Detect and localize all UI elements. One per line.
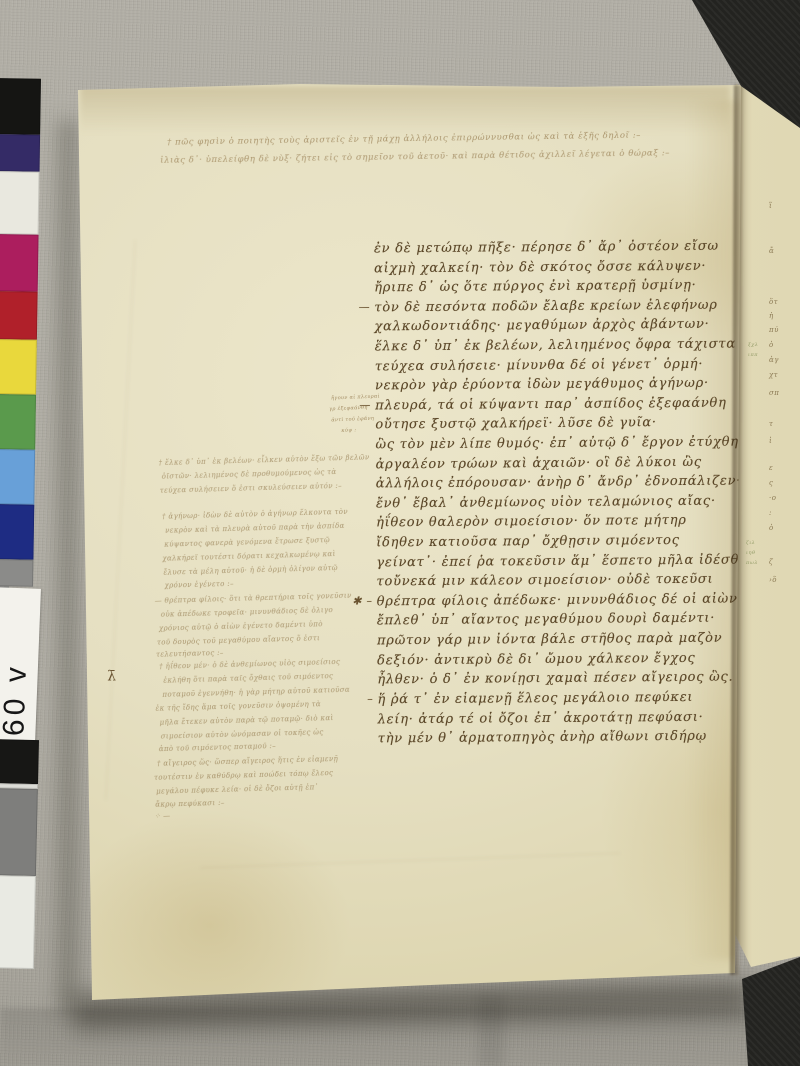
gray-chip — [0, 788, 38, 876]
text-fragment: ξχλ — [748, 342, 758, 348]
marginal-critical-mark: ✱ – — [351, 594, 373, 607]
iliad-verse-text: γείνατ᾽· ἐπεί ῥα τοκεῦσιν ἅμ᾽ ἕσπετο μῆλ… — [376, 552, 759, 570]
scholion-line: χαλκήρεϊ τουτέστι δόρατι κεχαλκωμένῳ καὶ — [162, 550, 335, 563]
scholion-line: ἐκλήθη ὅτι παρὰ ταῖς ὄχθαις τοῦ σιμόεντο… — [163, 672, 333, 685]
iliad-verse-text: πλευρά, τά οἱ κύψαντι παρ᾽ ἀσπίδος ἐξεφα… — [375, 396, 727, 414]
grayscale-calibration-bar — [0, 739, 39, 969]
iliad-verse-text: ἔνθ᾽ ἔβαλ᾽ ἀνθεμίωνος υἱὸν τελαμώνιος αἴ… — [376, 494, 716, 512]
magenta-chip — [0, 234, 39, 292]
text-fragment: ιηθ — [746, 550, 755, 556]
iliad-text-line: τὴν μέν θ᾽ ἁρματοπηγὸς ἀνὴρ αἴθωνι σιδήρ… — [378, 729, 707, 747]
scholion-line: ἄκρῳ πεφύκασι :– — [155, 799, 225, 809]
iliad-verse-text: ἕλκε δ᾽ ὑπ᾽ ἐκ βελέων, λελιημένος ὄφρα τ… — [375, 337, 736, 355]
iliad-verse-text: ἔπλεθ᾽ ὑπ᾽ αἴαντος μεγαθύμου δουρὶ δαμέν… — [377, 611, 715, 629]
scholion-line: κύψαντος φανερὰ γενόμενα ἔτρωσε ξυστῷ — [164, 536, 330, 548]
text-fragment: σπ — [769, 389, 779, 397]
iliad-verse-text: ἤριπε δ᾽ ὡς ὅτε πύργος ἐνὶ κρατερῇ ὑσμίν… — [374, 278, 696, 296]
scholion-line: μεγάλου πέφυκε λεία· οἱ δὲ ὄζοι αὐτῇ ἐπ᾽ — [156, 783, 318, 795]
iliad-text-line: ἦλθεν· ὁ δ᾽ ἐν κονίῃσι χαμαὶ πέσεν αἴγει… — [377, 670, 733, 688]
iliad-verse-text: νεκρὸν γὰρ ἐρύοντα ἰδὼν μεγάθυμος ἀγήνωρ… — [375, 376, 709, 394]
iliad-text-line: — τὸν δὲ πεσόντα ποδῶν ἔλαβε κρείων ἐλεφ… — [374, 298, 717, 316]
text-fragment: ιππ — [748, 352, 758, 358]
iliad-text-line: λείη· ἀτάρ τέ οἱ ὄζοι ἐπ᾽ ἀκροτάτῃ πεφύα… — [378, 710, 704, 728]
iliad-verse-text: οὔτησε ξυστῷ χαλκήρεϊ· λῦσε δὲ γυῖα· — [375, 415, 657, 432]
iliad-verse-text: λείη· ἀτάρ τέ οἱ ὄζοι ἐπ᾽ ἀκροτάτῃ πεφύα… — [378, 710, 704, 728]
iliad-text-line: αἰχμὴ χαλκείη· τὸν δὲ σκότος ὄσσε κάλυψε… — [374, 259, 706, 277]
text-fragment: ζιλ — [746, 540, 755, 546]
scholion-line: † αἴγειρος ὥς· ὥσπερ αἴγειρος ἥτις ἐν εἱ… — [157, 755, 338, 768]
iliad-verse-text: ἠΐθεον θαλερὸν σιμοείσιον· ὅν ποτε μήτηρ — [376, 513, 687, 530]
iliad-verse-text: ὣς τὸν μὲν λίπε θυμός· ἐπ᾽ αὐτῷ δ᾽ ἔργον… — [375, 435, 738, 453]
iliad-text-line: ἕλκε δ᾽ ὑπ᾽ ἐκ βελέων, λελιημένος ὄφρα τ… — [375, 337, 736, 355]
page-cast-shadow-left — [58, 120, 78, 1010]
scholion-line: — θρέπτρα φίλοις· ὅτι τὰ θρεπτήρια τοῖς … — [155, 592, 352, 605]
scholion-line: ποταμοῦ ἐγεννήθη· ἡ γὰρ μήτηρ αὐτοῦ κατι… — [162, 686, 350, 699]
iliad-text-line: ἔπλεθ᾽ ὑπ᾽ αἴαντος μεγαθύμου δουρὶ δαμέν… — [377, 611, 715, 629]
black-chip — [0, 739, 39, 784]
iliad-text-line: ἠΐθεον θαλερὸν σιμοείσιον· ὅν ποτε μήτηρ — [376, 513, 687, 530]
text-fragment: ἀγ — [769, 356, 779, 364]
scholion-line: νεκρὸν καὶ τὰ πλευρὰ αὐτοῦ παρὰ τὴν ἀσπί… — [165, 522, 345, 535]
iliad-text-line: ὣς τὸν μὲν λίπε θυμός· ἐπ᾽ αὐτῷ δ᾽ ἔργον… — [375, 435, 738, 453]
scholion-line: ἔλυσε τὰ μέλη αὐτοῦ· ἡ δὲ ὁρμὴ ὀλίγον αὐ… — [163, 564, 338, 577]
marginal-critical-mark: — — [348, 300, 370, 313]
iliad-verse-text: ἀλλήλοις ἐπόρουσαν· ἀνὴρ δ᾽ ἄνδρ᾽ ἐδνοπά… — [376, 473, 742, 491]
manuscript-photograph: ἵἄὅτἡπύὁξχλιππἀγχτσπτἰες·ο:ὁζιλιηθπωλζ›ὅ… — [0, 0, 800, 1066]
text-fragment: πωλ — [746, 560, 758, 566]
text-fragment: τ — [769, 420, 773, 428]
scholion-line: ἀπὸ τοῦ σιμόεντος ποταμοῦ :– — [159, 742, 276, 753]
scholion-line: τουτέστιν ἐν καθύδρῳ καὶ ποώδει τόπῳ ἕλε… — [154, 769, 333, 782]
iliad-verse-text: ἐν δὲ μετώπῳ πῆξε· πέρησε δ᾽ ἄρ᾽ ὀστέον … — [374, 239, 719, 257]
scholion-line: τεύχεα συλήσειεν ὅ ἐστι σκυλεύσειεν αὐτό… — [160, 482, 342, 495]
scholion-line: ὀϊστῶν· λελιημένος δὲ προθυμούμενος ὡς τ… — [162, 468, 337, 481]
gloss-line: ἀντὶ τοῦ ἐφάνη — [331, 416, 374, 424]
text-fragment: ἡ — [769, 312, 774, 320]
navy-chip — [0, 504, 34, 560]
yellow-chip — [0, 339, 37, 395]
iliad-text-line: ἀλλήλοις ἐπόρουσαν· ἀνὴρ δ᾽ ἄνδρ᾽ ἐδνοπά… — [376, 473, 742, 491]
iliad-verse-text: ἥ ῥά τ᾽ ἐν εἱαμενῇ ἕλεος μεγάλοιο πεφύκε… — [377, 690, 693, 707]
header-scholion-line: ἰλιὰς δ᾽· ὑπελείφθη δὲ νὺξ· ζήτει εἰς τὸ… — [160, 148, 670, 166]
header-scholion-line: † πῶς φησὶν ὁ ποιητὴς τοὺς ἀριστεῖς ἐν τ… — [167, 131, 641, 148]
text-fragment: ἄ — [769, 247, 774, 255]
text-fragment: ὁ — [769, 524, 774, 532]
marginal-critical-mark: – — [351, 692, 373, 705]
text-fragment: ς — [769, 479, 773, 487]
iliad-verse-text: τοὔνεκά μιν κάλεον σιμοείσιον· οὐδὲ τοκε… — [376, 572, 713, 590]
folio-number-label: 60 v — [0, 587, 41, 742]
iliad-text-line: ✱ – θρέπτρα φίλοις ἀπέδωκε· μινυνθάδιος … — [377, 592, 738, 610]
white-chip — [0, 171, 40, 235]
text-fragment: ὅτ — [769, 298, 778, 306]
manuscript-content: † πῶς φησὶν ὁ ποιητὴς τοὺς ἀριστεῖς ἐν τ… — [0, 0, 800, 1066]
iliad-verse-text: πρῶτον γάρ μιν ἰόντα βάλε στῆθος παρὰ μα… — [377, 631, 722, 649]
text-fragment: ε — [769, 464, 773, 472]
iliad-text-line: χαλκωδοντιάδης· μεγαθύμων ἀρχὸς ἀβάντων· — [374, 317, 709, 335]
text-fragment: ›ὅ — [769, 576, 777, 584]
iliad-verse-text: ἦλθεν· ὁ δ᾽ ἐν κονίῃσι χαμαὶ πέσεν αἴγει… — [377, 670, 733, 688]
text-fragment: ·ο — [769, 494, 776, 502]
parchment-page: † πῶς φησὶν ὁ ποιητὴς τοὺς ἀριστεῖς ἐν τ… — [0, 0, 800, 1066]
scholion-line: μῆλα ἔτεκεν αὐτὸν παρὰ τῷ ποταμῷ· διὸ κα… — [160, 714, 334, 727]
text-fragment: πύ — [769, 326, 779, 334]
light-blue-chip — [0, 449, 35, 505]
text-fragment: ζ — [769, 558, 773, 566]
scholion-line: ⁘ — — [154, 812, 170, 820]
iliad-verse-text: αἰχμὴ χαλκείη· τὸν δὲ σκότος ὄσσε κάλυψε… — [374, 259, 706, 277]
iliad-text-line: τοὔνεκά μιν κάλεον σιμοείσιον· οὐδὲ τοκε… — [376, 572, 713, 590]
iliad-verse-text: τὴν μέν θ᾽ ἁρματοπηγὸς ἀνὴρ αἴθωνι σιδήρ… — [378, 729, 707, 747]
red-chip — [0, 291, 38, 340]
white-chip — [0, 875, 36, 969]
iliad-text-line: — πλευρά, τά οἱ κύψαντι παρ᾽ ἀσπίδος ἐξε… — [375, 396, 727, 414]
scholion-line: χρόνον ἐγένετο :– — [164, 580, 234, 590]
iliad-verse-text: τὸν δὲ πεσόντα ποδῶν ἔλαβε κρείων ἐλεφήν… — [374, 298, 717, 316]
iliad-text-line: ἀργαλέον τρώων καὶ ἀχαιῶν· οἳ δὲ λύκοι ὣ… — [376, 455, 702, 473]
iliad-text-line: γείνατ᾽· ἐπεί ῥα τοκεῦσιν ἅμ᾽ ἕσπετο μῆλ… — [376, 552, 759, 570]
iliad-text-line: ἐν δὲ μετώπῳ πῆξε· πέρησε δ᾽ ἄρ᾽ ὀστέον … — [374, 239, 719, 257]
iliad-text-line: ἴδηθεν κατιοῦσα παρ᾽ ὄχθῃσιν σιμόεντος — [376, 533, 680, 550]
folio-number-text: 60 v — [0, 595, 37, 736]
scholion-line: † ἕλκε δ᾽ ὑπ᾽ ἐκ βελέων· εἷλκεν αὐτὸν ἔξ… — [158, 453, 369, 467]
gloss-line: ἤγουν αἱ πλευραὶ — [331, 393, 380, 401]
scholion-line: οὐκ ἀπέδωκε τροφεῖα· μινυνθάδιος δὲ ὀλιγ… — [161, 606, 333, 619]
iliad-verse-text: θρέπτρα φίλοις ἀπέδωκε· μινυνθάδιος δέ ο… — [377, 592, 738, 610]
iliad-text-line: πρῶτον γάρ μιν ἰόντα βάλε στῆθος παρὰ μα… — [377, 631, 722, 649]
indigo-chip — [0, 134, 40, 172]
iliad-text-line: δεξιόν· ἀντικρὺ δὲ δι᾽ ὤμου χάλκεον ἔγχο… — [377, 651, 695, 669]
text-fragment: ἰ — [769, 437, 772, 445]
scholion-line: τοῦ δουρὸς τοῦ μεγαθύμου αἴαντος ὅ ἐστι — [157, 634, 320, 646]
black-chip — [0, 78, 41, 135]
iliad-text-line: νεκρὸν γὰρ ἐρύοντα ἰδὼν μεγάθυμος ἀγήνωρ… — [375, 376, 709, 394]
green-chip — [0, 394, 36, 450]
iliad-text-line: τεύχεα συλήσειε· μίνυνθα δέ οἱ γένετ᾽ ὁρ… — [375, 357, 703, 375]
scholion-line: † ἀγήνωρ· ἰδὼν δὲ αὐτὸν ὁ ἀγήνωρ ἕλκοντα… — [162, 508, 348, 521]
text-fragment: ὁ — [769, 341, 774, 349]
iliad-text-line: ἔνθ᾽ ἔβαλ᾽ ἀνθεμίωνος υἱὸν τελαμώνιος αἴ… — [376, 494, 716, 512]
scholion-line: τελευτήσαντος :– — [156, 649, 224, 659]
scholion-line: σιμοείσιον αὐτὸν ὠνόμασαν οἱ τοκῆες ὡς — [161, 728, 324, 740]
gray-card-chip — [0, 559, 33, 587]
iliad-verse-text: ἀργαλέον τρώων καὶ ἀχαιῶν· οἳ δὲ λύκοι ὣ… — [376, 455, 702, 473]
text-fragment: : — [769, 509, 772, 517]
iliad-verse-text: δεξιόν· ἀντικρὺ δὲ δι᾽ ὤμου χάλκεον ἔγχο… — [377, 651, 695, 669]
iliad-text-line: ἤριπε δ᾽ ὡς ὅτε πύργος ἐνὶ κρατερῇ ὑσμίν… — [374, 278, 696, 296]
scholion-line: † ἠΐθεον μέν· ὁ δὲ ἀνθεμίωνος υἱὸς σιμοε… — [159, 658, 340, 671]
quire-mark-lambda: λ̄ — [107, 668, 116, 684]
iliad-verse-text: χαλκωδοντιάδης· μεγαθύμων ἀρχὸς ἀβάντων· — [374, 317, 709, 335]
text-fragment: χτ — [769, 371, 778, 379]
iliad-verse-text: τεύχεα συλήσειε· μίνυνθα δέ οἱ γένετ᾽ ὁρ… — [375, 357, 703, 375]
iliad-text-line: – ἥ ῥά τ᾽ ἐν εἱαμενῇ ἕλεος μεγάλοιο πεφύ… — [377, 690, 693, 707]
iliad-text-line: οὔτησε ξυστῷ χαλκήρεϊ· λῦσε δὲ γυῖα· — [375, 415, 657, 432]
scholion-line: ἐκ τῆς ἴδης ἅμα τοῖς γονεῦσιν ὀψομένη τὰ — [155, 700, 321, 712]
scholion-line: χρόνιος αὐτῷ ὁ αἰὼν ἐγένετο δαμέντι ὑπὸ — [159, 620, 323, 632]
iliad-verse-text: ἴδηθεν κατιοῦσα παρ᾽ ὄχθῃσιν σιμόεντος — [376, 533, 680, 550]
gloss-line: κύψ : — [341, 427, 356, 434]
text-fragment: ἵ — [769, 202, 772, 210]
